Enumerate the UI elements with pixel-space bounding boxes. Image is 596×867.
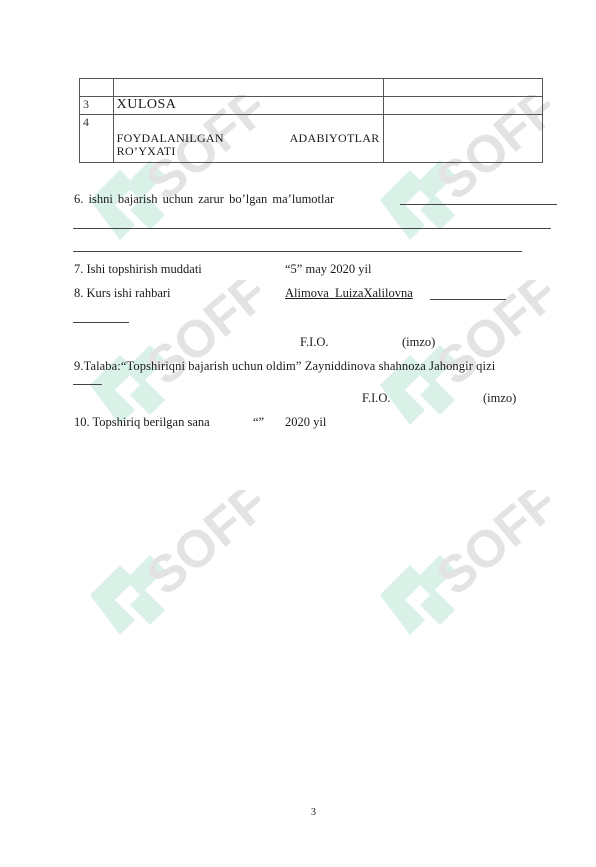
item6-blank-line[interactable] [400, 204, 557, 205]
table-cell-number [80, 79, 114, 97]
table-row: 3 XULOSA [80, 97, 543, 115]
watermark-logo-icon: SOFF [370, 280, 550, 430]
item6-blank-line[interactable] [73, 251, 522, 252]
item6-blank-line[interactable] [73, 228, 551, 229]
item8-blank-line[interactable] [430, 299, 506, 300]
item8-blank-line[interactable] [73, 322, 129, 323]
table-cell-extra [383, 115, 542, 163]
signature-fio-label: F.I.O. [362, 391, 391, 406]
page-number: 3 [311, 807, 316, 818]
table-row [80, 79, 543, 97]
item10-year: 2020 yil [285, 415, 326, 430]
signature-fio-label: F.I.O. [300, 335, 329, 350]
svg-text:SOFF: SOFF [426, 280, 550, 397]
svg-text:SOFF: SOFF [426, 490, 550, 607]
signature-imzo-label: (imzo) [402, 335, 435, 350]
table-cell-number: 3 [80, 97, 114, 115]
watermark-logo-icon: SOFF [80, 280, 260, 430]
table-cell-number: 4 [80, 115, 114, 163]
item6-label: 6. ishni bajarish uchun zarur bo’lgan ma… [74, 192, 334, 207]
signature-imzo-label: (imzo) [483, 391, 516, 406]
item9-blank-line[interactable] [73, 384, 102, 385]
svg-text:SOFF: SOFF [136, 490, 260, 607]
item8-value: Alimova_LuizaXalilovna [285, 286, 413, 301]
title-line: RO’YXATI [117, 145, 380, 158]
item10-label: 10. Topshiriq berilgan sana [74, 415, 210, 430]
item9-label: 9.Talaba:“Topshiriqni bajarish uchun old… [74, 359, 495, 374]
item10-quotes: “” [253, 415, 264, 430]
watermark-logo-icon: SOFF [80, 490, 260, 640]
table-row: 4 FOYDALANILGAN ADABIYOTLAR RO’YXATI [80, 115, 543, 163]
table-cell-title: XULOSA [113, 97, 383, 115]
table-cell-extra [383, 79, 542, 97]
contents-table: 3 XULOSA 4 FOYDALANILGAN ADABIYOTLAR RO’… [79, 78, 543, 163]
table-cell-extra [383, 97, 542, 115]
item7-value: “5” may 2020 yil [285, 262, 371, 277]
item8-label: 8. Kurs ishi rahbari [74, 286, 171, 301]
watermark-logo-icon: SOFF [370, 490, 550, 640]
document-page: SOFF SOFF SOFF SOFF [0, 0, 596, 867]
item7-label: 7. Ishi topshirish muddati [74, 262, 202, 277]
title-word: ADABIYOTLAR [290, 132, 380, 145]
table-cell-title: FOYDALANILGAN ADABIYOTLAR RO’YXATI [113, 115, 383, 163]
table-cell-title [113, 79, 383, 97]
